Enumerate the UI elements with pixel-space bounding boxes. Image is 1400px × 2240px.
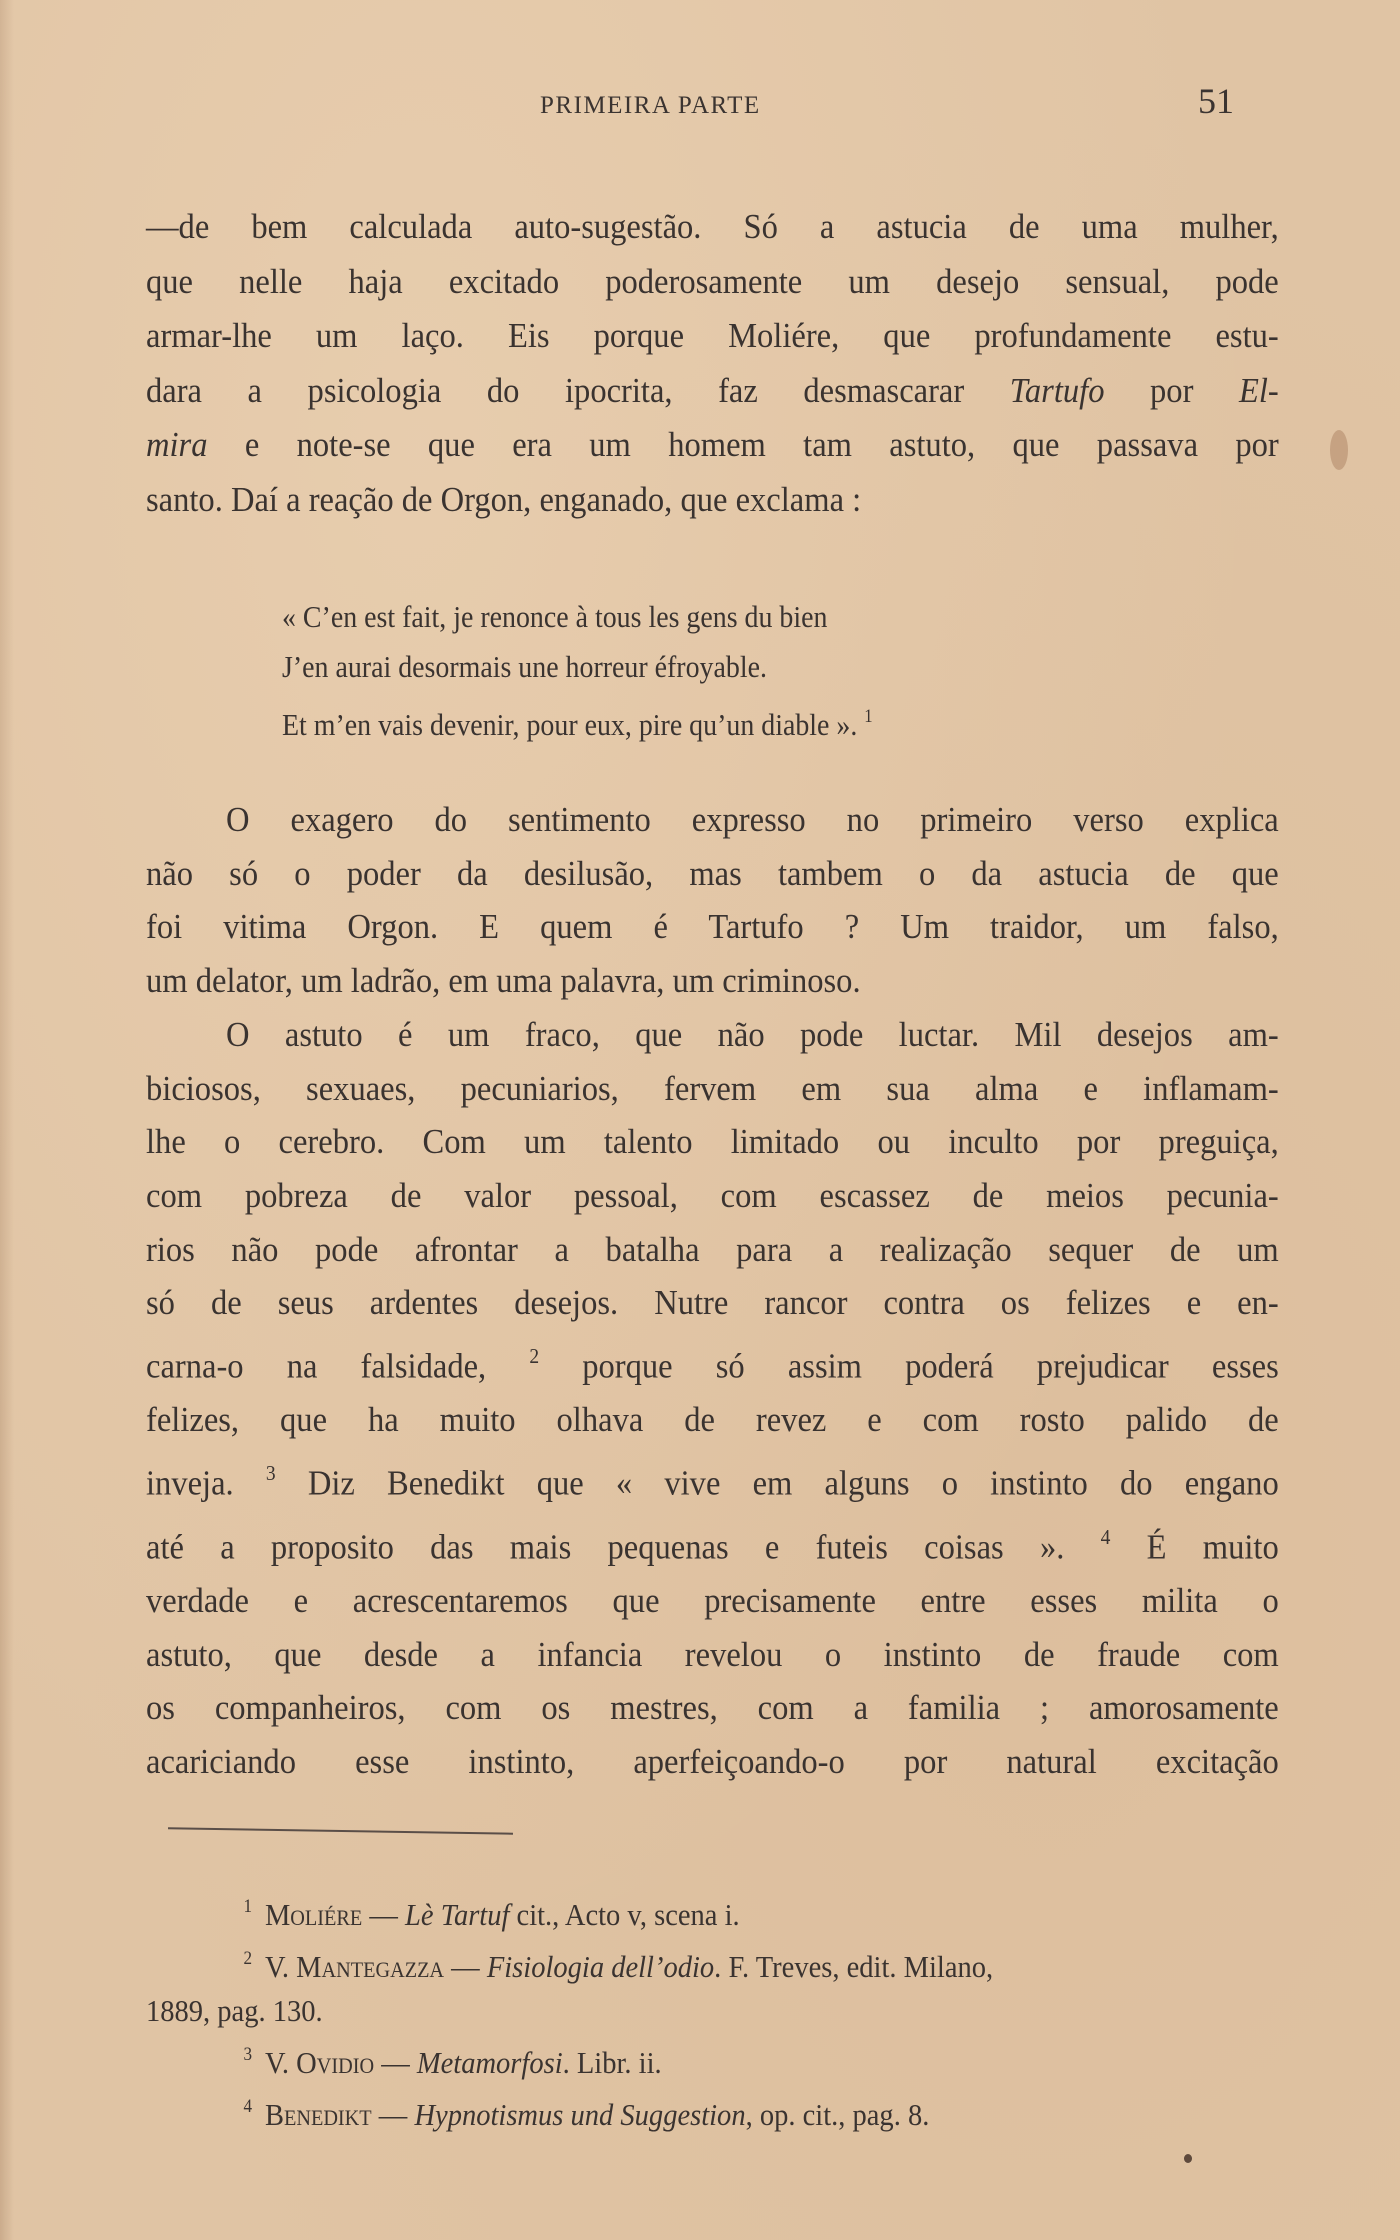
italic-title: Tartufo [1010, 371, 1105, 410]
text-line: santo. Daí a reação de Orgon, enganado, … [146, 473, 1279, 528]
paper-stain [1330, 430, 1348, 470]
italic-name: El- [1239, 371, 1279, 410]
footnote-4: 4Benedikt — Hypnotismus und Suggestion, … [146, 2085, 1296, 2137]
footnote-author: Mantegazza [296, 1949, 444, 1984]
page-number: 51 [1198, 80, 1234, 122]
text-line: foi vitima Orgon. E quem é Tartufo ? Um … [146, 900, 1279, 954]
text-line: só de seus ardentes desejos. Nutre ranco… [146, 1276, 1279, 1330]
footnote-3: 3V. Ovidio — Metamorfosi. Libr. ii. [146, 2033, 1296, 2085]
text-line: —de bem calculada auto-sugestão. Só a as… [146, 200, 1279, 255]
paragraph-1: —de bem calculada auto-sugestão. Só a as… [146, 200, 1279, 527]
footnote-marker: 1 [244, 1896, 253, 1917]
text-line: verdade e acrescentaremos que precisamen… [146, 1574, 1279, 1628]
text-line: acariciando esse instinto, aperfeiçoando… [146, 1735, 1279, 1789]
text-line: O astuto é um fraco, que não pode luctar… [146, 1008, 1279, 1062]
book-page: PRIMEIRA PARTE 51 —de bem calculada auto… [0, 0, 1400, 2240]
footnote-title: Lè Tartuf [405, 1897, 509, 1932]
text-line: inveja. 3 Diz Benedikt que « vive em alg… [146, 1447, 1279, 1510]
footnote-marker: 4 [244, 2096, 253, 2117]
text-line: armar-lhe um laço. Eis porque Moliére, q… [146, 309, 1279, 364]
footnote-title: Metamorfosi [417, 2045, 563, 2080]
footnote-2: 2V. Mantegazza — Fisiologia dell’odio. F… [146, 1937, 1296, 1989]
text-line: um delator, um ladrão, em uma palavra, u… [146, 954, 1279, 1008]
verse-line: « C’en est fait, je renonce à tous les g… [282, 592, 873, 642]
footnote-rule [168, 1827, 513, 1834]
paragraph-2: O exagero do sentimento expresso no prim… [146, 793, 1279, 1789]
paper-speck [1184, 2154, 1192, 2163]
footnote-1: 1Moliére — Lè Tartuf cit., Acto v, scena… [146, 1885, 1296, 1937]
text-line: carna-o na falsidade, 2 porque só assim … [146, 1330, 1279, 1393]
footnote-ref: 4 [1101, 1525, 1111, 1549]
footnote-ref: 2 [529, 1344, 539, 1368]
text-line: dara a psicologia do ipocrita, faz desma… [146, 364, 1279, 419]
text-line: rios não pode afrontar a batalha para a … [146, 1223, 1279, 1277]
text-line: biciosos, sexuaes, pecuniarios, fervem e… [146, 1062, 1279, 1116]
text-line: com pobreza de valor pessoal, com escass… [146, 1169, 1279, 1223]
text-line: lhe o cerebro. Com um talento limitado o… [146, 1115, 1279, 1169]
text-line: que nelle haja excitado poderosamente um… [146, 255, 1279, 310]
footnote-ref: 3 [266, 1461, 276, 1485]
text-line: mira e note-se que era um homem tam astu… [146, 418, 1279, 473]
footnote-marker: 2 [244, 1948, 253, 1969]
text-line: até a proposito das mais pequenas e fute… [146, 1511, 1279, 1574]
footnote-title: Hypnotismus und Suggestion [414, 2097, 745, 2132]
text-line: felizes, que ha muito olhava de revez e … [146, 1393, 1279, 1447]
footnotes: 1Moliére — Lè Tartuf cit., Acto v, scena… [146, 1885, 1296, 2137]
verse-line: J’en aurai desormais une horreur éfroyab… [282, 642, 873, 692]
text-line: não só o poder da desilusão, mas tambem … [146, 847, 1279, 901]
italic-name: mira [146, 425, 207, 464]
text-line: O exagero do sentimento expresso no prim… [146, 793, 1279, 847]
text-line: os companheiros, com os mestres, com a f… [146, 1681, 1279, 1735]
footnote-2-continuation: 1889, pag. 130. [146, 1989, 1296, 2033]
text-line: astuto, que desde a infancia revelou o i… [146, 1628, 1279, 1682]
footnote-author: Benedikt [265, 2097, 372, 2132]
running-head: PRIMEIRA PARTE [540, 92, 761, 120]
footnote-ref: 1 [864, 706, 872, 727]
verse-quote: « C’en est fait, je renonce à tous les g… [282, 592, 873, 750]
footnote-marker: 3 [244, 2044, 253, 2065]
verse-line: Et m’en vais devenir, pour eux, pire qu’… [282, 692, 873, 750]
footnote-author: Ovidio [296, 2045, 374, 2080]
footnote-title: Fisiologia dell’odio [487, 1949, 714, 1984]
footnote-author: Moliére [265, 1897, 362, 1932]
